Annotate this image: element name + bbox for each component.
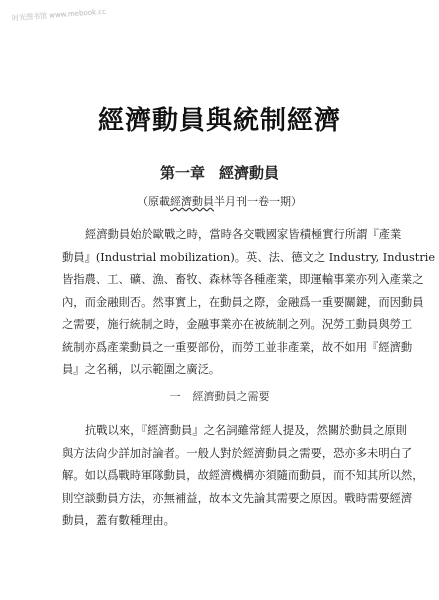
text-line: 則空談動員方法，亦無補益，故本文先論其需要之原因。戰時需要經濟 <box>62 488 382 511</box>
text-line: 內，而金融則否。然事實上，在動員之際，金融爲一重要關鍵，而因動員 <box>62 292 382 315</box>
source-journal: 經濟動員 <box>170 195 214 208</box>
chapter-heading: 第一章經濟動員 <box>0 162 439 183</box>
text-line: 員』之名稱，以示範圍之廣泛。 <box>62 359 382 382</box>
section-heading: 一經濟動員之需要 <box>0 388 439 404</box>
text-line: 動員』(Industrial mobilization)。英、法、德文之 Ind… <box>62 247 382 270</box>
chapter-name: 經濟動員 <box>219 164 279 182</box>
text-line: 動員，蓋有數種理由。 <box>62 510 382 533</box>
source-note: （原載經濟動員半月刊一卷一期） <box>0 193 439 209</box>
paragraph-1: 經濟動員始於歐戰之時，當時各交戰國家皆積極實行所謂『產業 動員』(Industr… <box>62 224 382 382</box>
text-line: 經濟動員始於歐戰之時，當時各交戰國家皆積極實行所謂『產業 <box>62 224 382 247</box>
chapter-number: 第一章 <box>160 164 205 182</box>
paragraph-2: 抗戰以來，『經濟動員』之名詞雖常經人提及，然關於動員之原則 與方法尙少詳加討論者… <box>62 420 382 533</box>
text-line: 皆指農、工、礦、漁、畜牧、森林等各種產業，即運輸事業亦列入產業之 <box>62 269 382 292</box>
text-line: 解。如以爲戰時軍隊動員，故經濟機構亦須隨而動員，而不知其所以然， <box>62 465 382 488</box>
watermark: 时光图书馆 www.mebook.cc <box>12 7 107 24</box>
text-line: 抗戰以來，『經濟動員』之名詞雖常經人提及，然關於動員之原則 <box>62 420 382 443</box>
source-open: （原載 <box>137 195 170 208</box>
text-line: 統制亦爲產業動員之一重要部份，而勞工並非產業，故不如用『經濟動 <box>62 337 382 360</box>
source-rest: 半月刊一卷一期） <box>214 195 302 208</box>
document-title: 經濟動員與統制經濟 <box>0 100 439 137</box>
section-title: 經濟動員之需要 <box>193 390 270 403</box>
section-marker: 一 <box>170 390 183 403</box>
text-line: 與方法尙少詳加討論者。一般人對於經濟動員之需要，恐亦多未明白了 <box>62 443 382 466</box>
text-line: 之需要，施行統制之時，金融事業亦在被統制之列。況勞工動員與勞工 <box>62 314 382 337</box>
